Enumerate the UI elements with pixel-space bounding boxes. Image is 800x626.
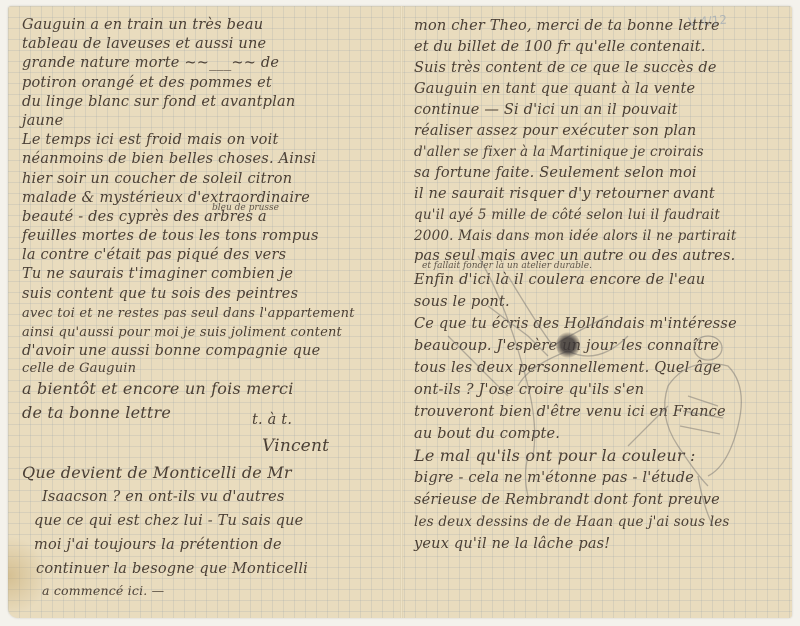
text-line: sa fortune faite. Seulement selon moi xyxy=(414,163,786,184)
text-line: bigre - cela ne m'étonne pas - l'étude xyxy=(414,467,786,489)
text-line: 2000. Mais dans mon idée alors il ne par… xyxy=(414,226,786,247)
text-line: d'aller se fixer à la Martinique je croi… xyxy=(414,142,786,163)
right-page: mon cher Theo, merci de ta bonne lettre … xyxy=(414,16,786,555)
text-line: grande nature morte ~~___~~ de xyxy=(22,54,392,73)
text-line: Suis très content de ce que le succès de xyxy=(414,58,786,79)
text-line: ont-ils ? J'ose croire qu'ils s'en xyxy=(414,379,786,401)
text-line: Gauguin a en train un très beau xyxy=(22,16,392,35)
text-line: jaune xyxy=(22,112,392,131)
text-line: hier soir un coucher de soleil citron xyxy=(22,170,392,189)
text-line: tableau de laveuses et aussi une xyxy=(22,35,392,54)
postscript-line: a commencé ici. — xyxy=(22,581,392,601)
text-line: les deux dessins de de Haan que j'ai sou… xyxy=(414,511,786,533)
text-line: réaliser assez pour exécuter son plan xyxy=(414,121,786,142)
closing-line: a bientôt et encore un fois merci xyxy=(22,377,392,401)
text-line: et du billet de 100 fr qu'elle contenait… xyxy=(414,37,786,58)
text-line: yeux qu'il ne la lâche pas! xyxy=(414,533,786,555)
text-line: suis content que tu sois des peintres xyxy=(22,285,392,304)
text-line: Tu ne saurais t'imaginer combien je xyxy=(22,265,392,284)
text-line: néanmoins de bien belles choses. Ainsi xyxy=(22,150,392,169)
text-line: Ce que tu écris des Hollandais m'intéres… xyxy=(414,313,786,335)
text-line: la contre c'était pas piqué des vers xyxy=(22,246,392,265)
ink-blot xyxy=(556,332,580,358)
text-line: il ne saurait risquer d'y retourner avan… xyxy=(414,184,786,205)
text-line: tous les deux personnellement. Quel âge xyxy=(414,357,786,379)
postscript-line: Isaacson ? en ont-ils vu d'autres xyxy=(22,485,392,509)
text-line: avec toi et ne restes pas seul dans l'ap… xyxy=(22,304,392,323)
text-line: feuilles mortes de tous les tons rompus xyxy=(22,227,392,246)
text-line: potiron orangé et des pommes et xyxy=(22,74,392,93)
text-line: Le temps ici est froid mais on voit xyxy=(22,131,392,150)
text-line: mon cher Theo, merci de ta bonne lettre xyxy=(414,16,786,37)
text-line: sous le pont. xyxy=(414,291,786,313)
postscript-line: continuer la besogne que Monticelli xyxy=(22,557,392,581)
signature: Vincent xyxy=(22,431,392,461)
text-line: ainsi qu'aussi pour moi je suis joliment… xyxy=(22,323,392,342)
postscript-line: Que devient de Monticelli de Mr xyxy=(22,461,392,485)
text-line: Le mal qu'ils ont pour la couleur : xyxy=(414,445,786,467)
text-line: trouveront bien d'être venu ici en Franc… xyxy=(414,401,786,423)
text-line: sérieuse de Rembrandt dont font preuve xyxy=(414,489,786,511)
postscript-line: moi j'ai toujours la prétention de xyxy=(22,533,392,557)
text-line: Gauguin en tant que quant à la vente xyxy=(414,79,786,100)
text-line: continue — Si d'ici un an il pouvait xyxy=(414,100,786,121)
text-line: celle de Gauguin xyxy=(22,361,392,377)
text-line: qu'il ayé 5 mille de côté selon lui il f… xyxy=(414,205,786,226)
text-line: beauté - des cyprès des arbres a xyxy=(22,208,392,227)
left-page: Gauguin a en train un très beau tableau … xyxy=(22,16,392,601)
text-line: Enfin d'ici là il coulera encore de l'ea… xyxy=(414,269,786,291)
postscript-line: que ce qui est chez lui - Tu sais que xyxy=(22,509,392,533)
text-line: d'avoir une aussi bonne compagnie que xyxy=(22,342,392,361)
text-line: du linge blanc sur fond et avantplan xyxy=(22,93,392,112)
text-line: au bout du compte. xyxy=(414,423,786,445)
letter-sheet: V 4/12 Gauguin a en train un très beau t… xyxy=(8,6,792,618)
center-fold xyxy=(400,6,403,618)
text-line: beaucoup. J'espère un jour les connaître xyxy=(414,335,786,357)
